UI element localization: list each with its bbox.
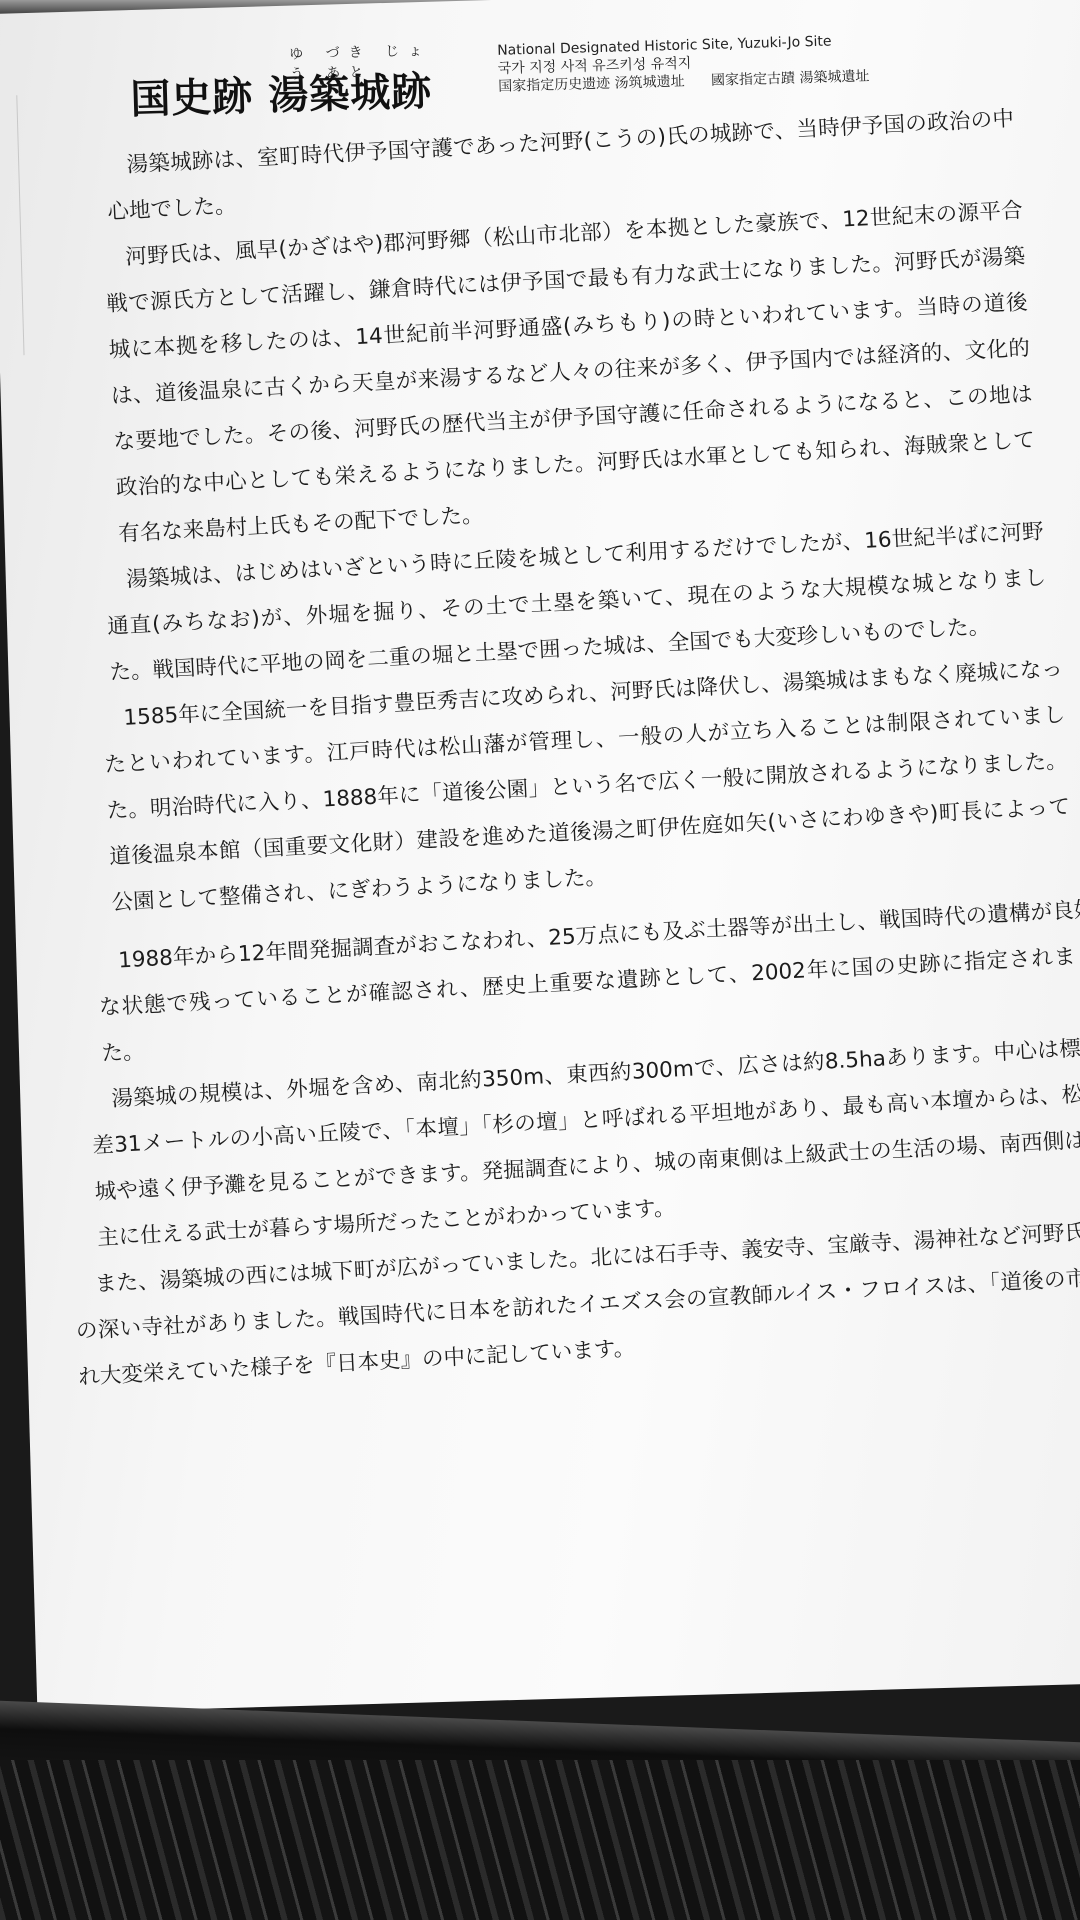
historic-site-sign: ゆ づき じょう あと 国史跡 湯築城跡 National Designated…: [0, 0, 1080, 1713]
title-block: ゆ づき じょう あと 国史跡 湯築城跡: [129, 42, 433, 125]
sign-body-text: 湯築城跡は、室町時代伊予国守護であった河野(こうの)氏の城跡で、当時伊予国の政治…: [54, 94, 1080, 1399]
multilingual-subtitles: National Designated Historic Site, Yuzuk…: [497, 31, 892, 96]
map-edge: [0, 95, 25, 356]
title-ruby: ゆ づき じょう あと: [289, 40, 432, 84]
title-prefix: 国史跡: [130, 74, 254, 123]
grass-foliage: [0, 1760, 1080, 1920]
subtitle-chinese-traditional: 國家指定古蹟 湯築城遺址: [711, 68, 870, 88]
paragraph-2: 河野氏は、風早(かざはや)郡河野郷（松山市北部）を本拠とした豪族で、12世紀末の…: [59, 186, 1074, 560]
subtitle-chinese-simplified: 国家指定历史遗迹 汤筑城遗址: [498, 74, 685, 95]
